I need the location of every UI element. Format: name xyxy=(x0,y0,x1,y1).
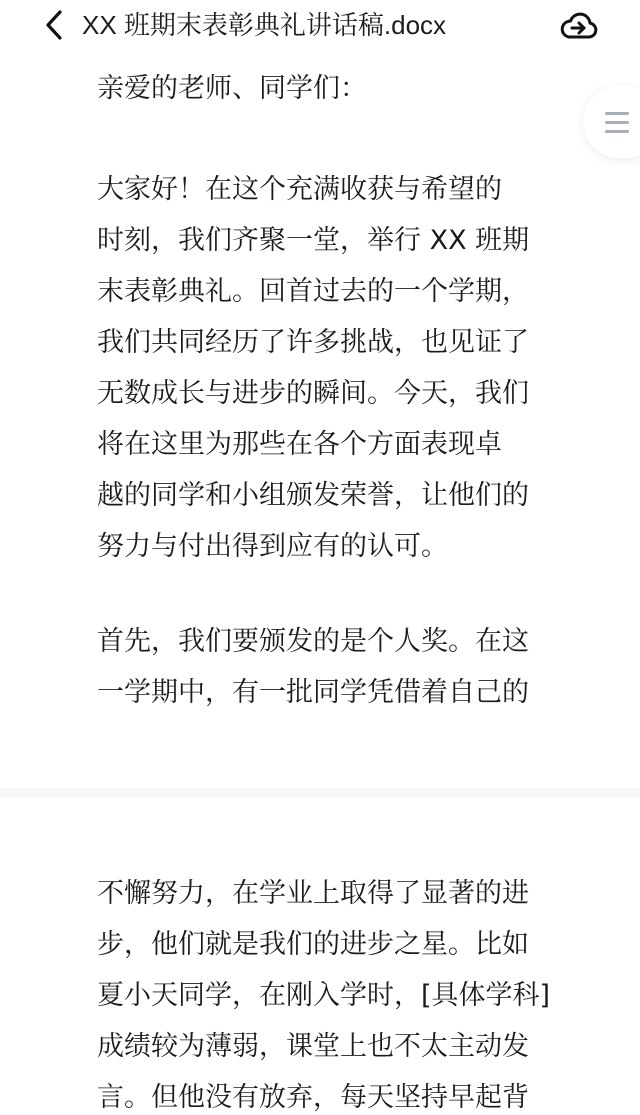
text-line: 一学期中，有一批同学凭借着自己的 xyxy=(97,673,529,713)
text-line: 我们共同经历了许多挑战，也见证了 xyxy=(97,323,529,363)
text-line: 夏小天同学，在刚入学时，[具体学科] xyxy=(97,976,550,1016)
text-line: 末表彰典礼。回首过去的一个学期， xyxy=(97,272,529,312)
page-break-divider xyxy=(0,788,640,797)
text-line: 步，他们就是我们的进步之星。比如 xyxy=(97,925,529,965)
back-button[interactable] xyxy=(40,8,70,42)
chevron-left-icon xyxy=(40,8,70,42)
text-line: 成绩较为薄弱，课堂上也不太主动发 xyxy=(97,1027,529,1067)
text-line: 亲爱的老师、同学们： xyxy=(97,69,367,109)
text-line: 不懈努力，在学业上取得了显著的进 xyxy=(97,874,529,914)
cloud-sync-button[interactable] xyxy=(558,6,600,44)
text-line: 言。但他没有放弃，每天坚持早起背 xyxy=(97,1078,529,1115)
document-page-1: 亲爱的老师、同学们： 大家好！在这个充满收获与希望的 时刻，我们齐聚一堂，举行 … xyxy=(0,50,640,790)
text-line: 努力与付出得到应有的认可。 xyxy=(97,527,448,567)
document-title: XX 班期末表彰典礼讲话稿.docx xyxy=(82,8,446,42)
menu-lines-icon xyxy=(605,112,629,139)
top-bar: XX 班期末表彰典礼讲话稿.docx xyxy=(0,0,640,50)
text-line: 首先，我们要颁发的是个人奖。在这 xyxy=(97,622,529,662)
text-line: 大家好！在这个充满收获与希望的 xyxy=(97,170,502,210)
text-line: 无数成长与进步的瞬间。今天，我们 xyxy=(97,374,529,414)
document-page-2: 不懈努力，在学业上取得了显著的进 步，他们就是我们的进步之星。比如 夏小天同学，… xyxy=(0,797,640,1115)
cloud-upload-arrow-icon xyxy=(558,6,600,44)
text-line: 时刻，我们齐聚一堂，举行 XX 班期 xyxy=(97,221,529,261)
text-line: 将在这里为那些在各个方面表现卓 xyxy=(97,425,502,465)
text-line: 越的同学和小组颁发荣誉，让他们的 xyxy=(97,476,529,516)
